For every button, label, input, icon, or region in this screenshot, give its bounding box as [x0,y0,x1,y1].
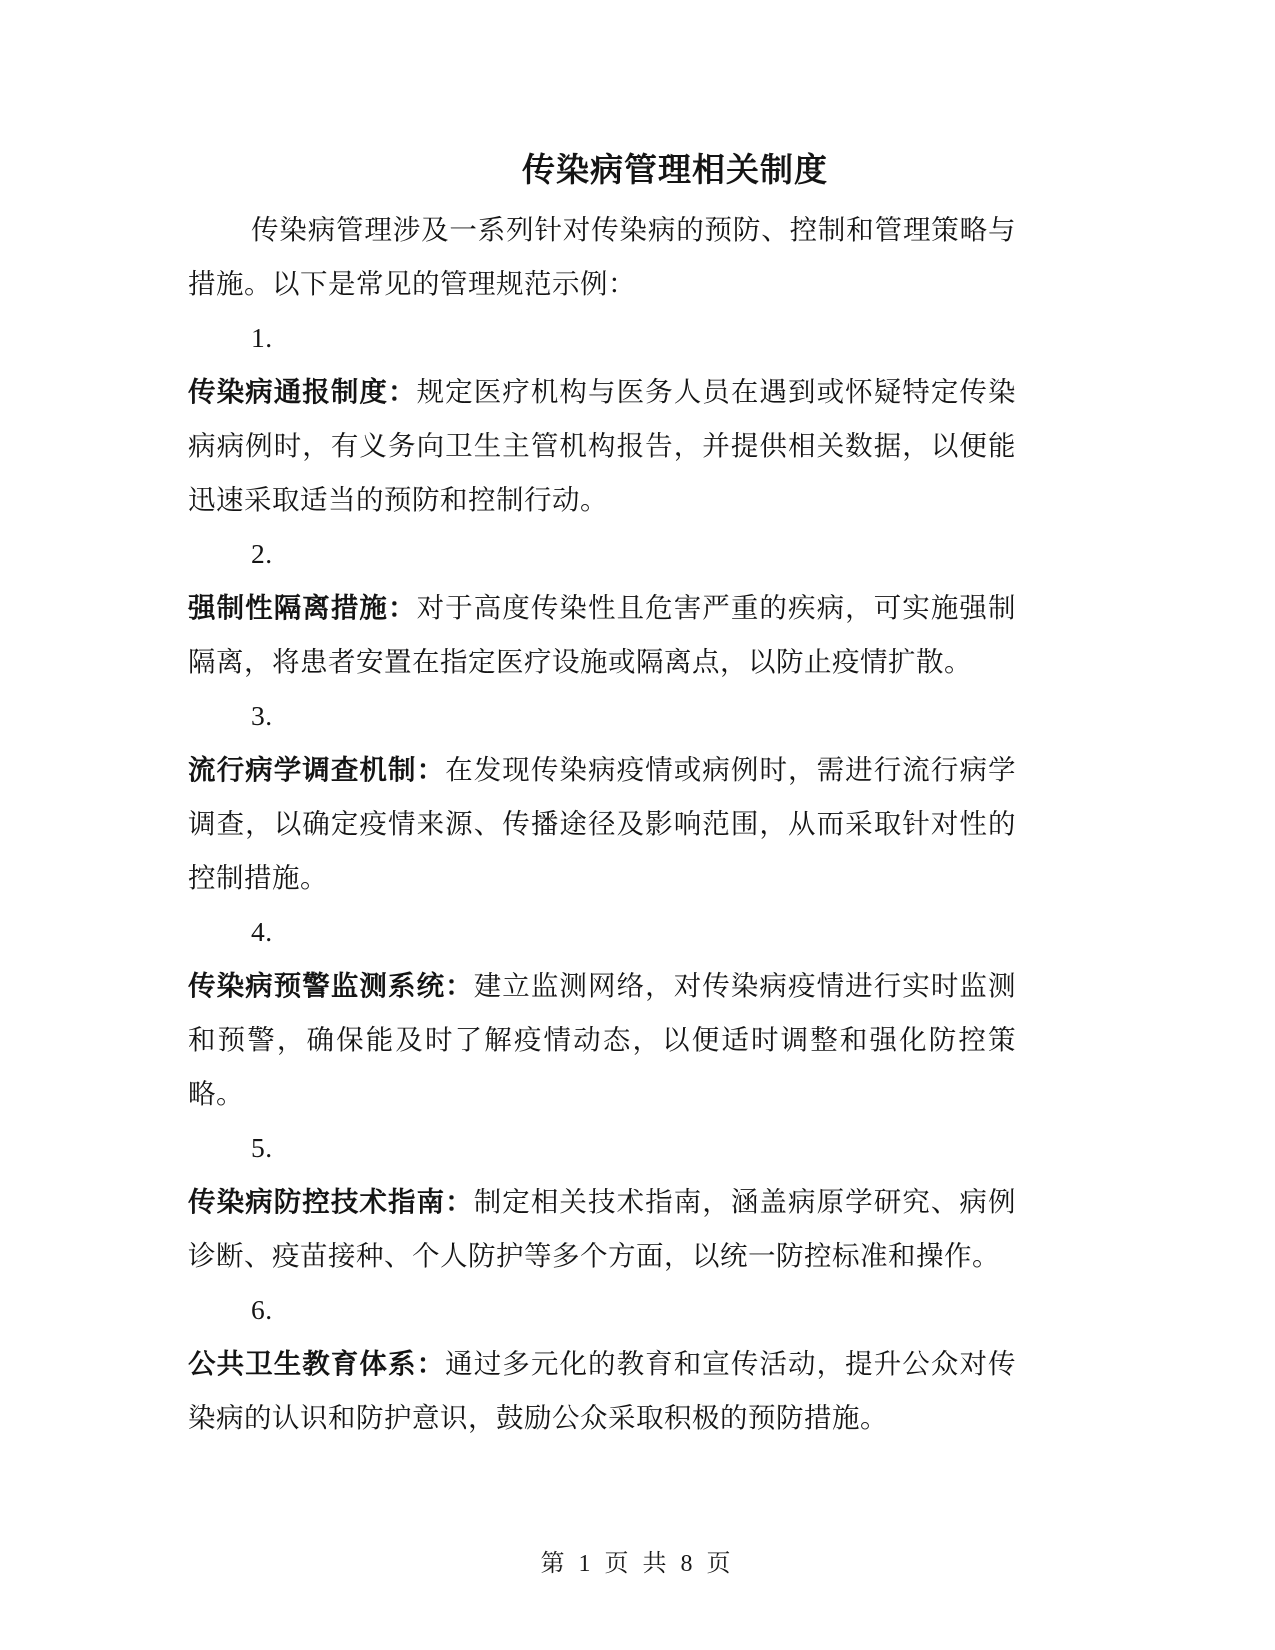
item-1-heading: 传染病通报制度： [188,376,417,407]
item-4-paragraph: 传染病预警监测系统：建立监测网络，对传染病疫情进行实时监测和预警，确保能及时了解… [188,959,1016,1121]
item-5-paragraph: 传染病防控技术指南：制定相关技术指南，涵盖病原学研究、病例诊断、疫苗接种、个人防… [188,1175,1016,1283]
item-6-heading: 公共卫生教育体系： [188,1348,445,1379]
document-page: 传染病管理相关制度 传染病管理涉及一系列针对传染病的预防、控制和管理策略与措施。… [0,0,1275,1650]
item-6-paragraph: 公共卫生教育体系：通过多元化的教育和宣传活动，提升公众对传染病的认识和防护意识，… [188,1337,1016,1445]
item-4-heading: 传染病预警监测系统： [188,970,474,1001]
item-1-paragraph: 传染病通报制度：规定医疗机构与医务人员在遇到或怀疑特定传染病病例时，有义务向卫生… [188,365,1016,527]
item-3-paragraph: 流行病学调查机制：在发现传染病疫情或病例时，需进行流行病学调查，以确定疫情来源、… [188,743,1016,905]
document-title: 传染病管理相关制度 [188,144,1016,198]
item-3-number: 3. [188,689,1016,743]
item-1-number: 1. [188,311,1016,365]
document-body: 传染病管理相关制度 传染病管理涉及一系列针对传染病的预防、控制和管理策略与措施。… [188,144,1016,1445]
item-2-number: 2. [188,527,1016,581]
item-2-heading: 强制性隔离措施： [188,592,417,623]
item-3-heading: 流行病学调查机制： [188,754,445,785]
item-6-number: 6. [188,1283,1016,1337]
intro-paragraph: 传染病管理涉及一系列针对传染病的预防、控制和管理策略与措施。以下是常见的管理规范… [188,203,1016,311]
item-5-number: 5. [188,1121,1016,1175]
footer-page-indicator: 第 1 页 共 8 页 [541,1551,735,1577]
item-2-paragraph: 强制性隔离措施：对于高度传染性且危害严重的疾病，可实施强制隔离，将患者安置在指定… [188,581,1016,689]
page-footer: 第 1 页 共 8 页 [0,1548,1275,1580]
item-5-heading: 传染病防控技术指南： [188,1186,474,1217]
item-4-number: 4. [188,905,1016,959]
